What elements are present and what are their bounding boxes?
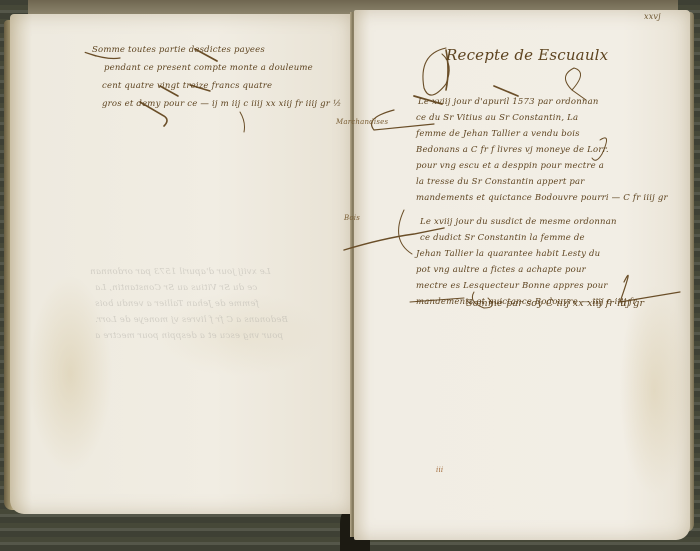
left-entry-line: Somme toutes partie desdictes payees <box>92 42 265 58</box>
entry2-line: pot vng aultre a fictes a achapte pour <box>416 262 586 278</box>
entry1-line: Bedonans a C fr f livres vj moneye de Lo… <box>416 142 609 158</box>
bleed-through-text: Le xviij jour d'apuril 1573 par ordonnan <box>90 264 271 280</box>
entry1-line: mandements et quictance Bodouvre pourri … <box>416 190 668 206</box>
entry2-line: Jehan Tallier la quarantee habit Lesty d… <box>416 246 600 262</box>
entry1-line: femme de Jehan Tallier a vendu bois <box>416 126 580 142</box>
bleed-through-text: pour vng escu et a desppin pour mectre a <box>95 328 283 344</box>
total-line: Somme par soy C iiij xx xiij fr iiij gr <box>466 296 644 312</box>
bleed-through-text: Bedonans a C fr f livres vj moneye de Lo… <box>95 312 288 328</box>
left-page: Somme toutes partie desdictes payees pen… <box>10 14 352 514</box>
margin-note: Bois <box>344 214 360 222</box>
entry1-line: pour vng escu et a desppin pour mectre a <box>416 158 604 174</box>
entry1-line: la tresse du Sr Constantin appert par <box>416 174 585 190</box>
bleed-through-text: femme de Jehan Tallier a vendu bois <box>95 296 259 312</box>
bleed-through-text: ce du Sr Vitius au Sr Constantin, La <box>95 280 257 296</box>
entry2-line: Le xviij jour du susdict de mesme ordonn… <box>420 214 617 230</box>
right-page: xxvj Recepte de Escuaulx Marchandises Bo… <box>354 10 690 540</box>
left-entry-line: gros et demy pour ce — ij m iij c iiij x… <box>102 96 341 112</box>
entry2-line: mectre es Lesquecteur Bonne appres pour <box>416 278 608 294</box>
page-heading: Recepte de Escuaulx <box>446 46 608 64</box>
folio-number: xxvj <box>644 12 661 21</box>
left-entry-line: pendant ce present compte monte a douleu… <box>104 60 313 76</box>
entry2-line: ce dudict Sr Constantin la femme de <box>420 230 585 246</box>
left-entry-line: cent quatre vingt treize francs quatre <box>102 78 272 94</box>
entry1-line: ce du Sr Vitius au Sr Constantin, La <box>416 110 578 126</box>
entry1-line: Le xviij jour d'apuril 1573 par ordonnan <box>418 94 599 110</box>
margin-note: Marchandises <box>336 118 388 126</box>
bottom-mark: iii <box>436 466 443 474</box>
